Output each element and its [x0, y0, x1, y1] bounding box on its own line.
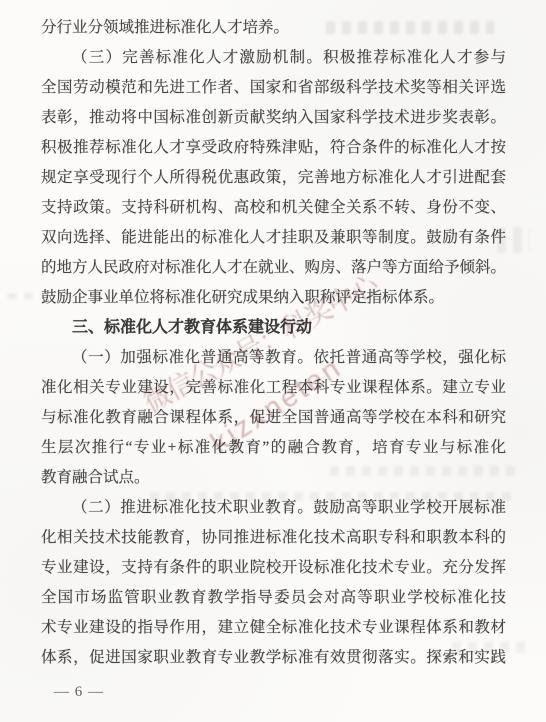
text-line: 积极推荐标准化人才享受政府特殊津贴，符合条件的标准化人才按	[41, 133, 506, 163]
section-heading: 三、标准化人才教育体系建设行动	[41, 313, 506, 343]
document-page: 分行业分领域推进标准化人才培养。（三）完善标准化人才激励机制。积极推荐标准化人才…	[0, 0, 546, 722]
text-line: （三）完善标准化人才激励机制。积极推荐标准化人才参与	[41, 43, 506, 73]
text-line: 表彰，推动将中国标准创新贡献奖纳入国家科学技术进步奖表彰。	[41, 103, 506, 133]
text-line: 教育融合试点。	[41, 463, 506, 493]
text-line: （一）加强标准化普通高等教育。依托普通高等学校，强化标	[41, 343, 506, 373]
text-line: 生层次推行“专业+标准化教育”的融合教育，培育专业与标准化	[41, 433, 506, 463]
text-line: 规定享受现行个人所得税优惠政策，完善地方标准化人才引进配套	[41, 163, 506, 193]
text-line: 全国市场监管职业教育教学指导委员会对高等职业学校标准化技	[41, 583, 506, 613]
text-line: 专业建设，支持有条件的职业院校开设标准化技术专业。充分发挥	[41, 553, 506, 583]
text-line: 化相关技术技能教育，协同推进标准化技术高职专科和职教本科的	[41, 523, 506, 553]
page-number: — 6 —	[54, 683, 104, 701]
text-line: 的地方人民政府对标准化人才在就业、购房、落户等方面给予倾斜。	[41, 253, 506, 283]
text-line: 准化相关专业建设，完善标准化工程本科专业课程体系。建立专业	[41, 373, 506, 403]
text-line: 体系，促进国家职业教育专业教学标准有效贯彻落实。探索和实践	[41, 643, 506, 673]
bleed-through-smudge	[8, 293, 36, 299]
text-line: 鼓励企事业单位将标准化研究成果纳入职称评定指标体系。	[41, 283, 506, 313]
text-line: （二）推进标准化技术职业教育。鼓励高等职业学校开展标准	[41, 493, 506, 523]
text-line: 与标准化教育融合课程体系，促进全国普通高等学校在本科和研究	[41, 403, 506, 433]
text-line: 支持政策。支持科研机构、高校和机关健全关系不转、身份不变、	[41, 193, 506, 223]
text-line: 双向选择、能进能出的标准化人才挂职及兼职等制度。鼓励有条件	[41, 223, 506, 253]
text-line: 分行业分领域推进标准化人才培养。	[41, 13, 506, 43]
document-text-block: 分行业分领域推进标准化人才培养。（三）完善标准化人才激励机制。积极推荐标准化人才…	[41, 13, 506, 673]
text-line: 全国劳动模范和先进工作者、国家和省部级科学技术奖等相关评选	[41, 73, 506, 103]
text-line: 术专业建设的指导作用，建立健全标准化技术专业课程体系和教材	[41, 613, 506, 643]
